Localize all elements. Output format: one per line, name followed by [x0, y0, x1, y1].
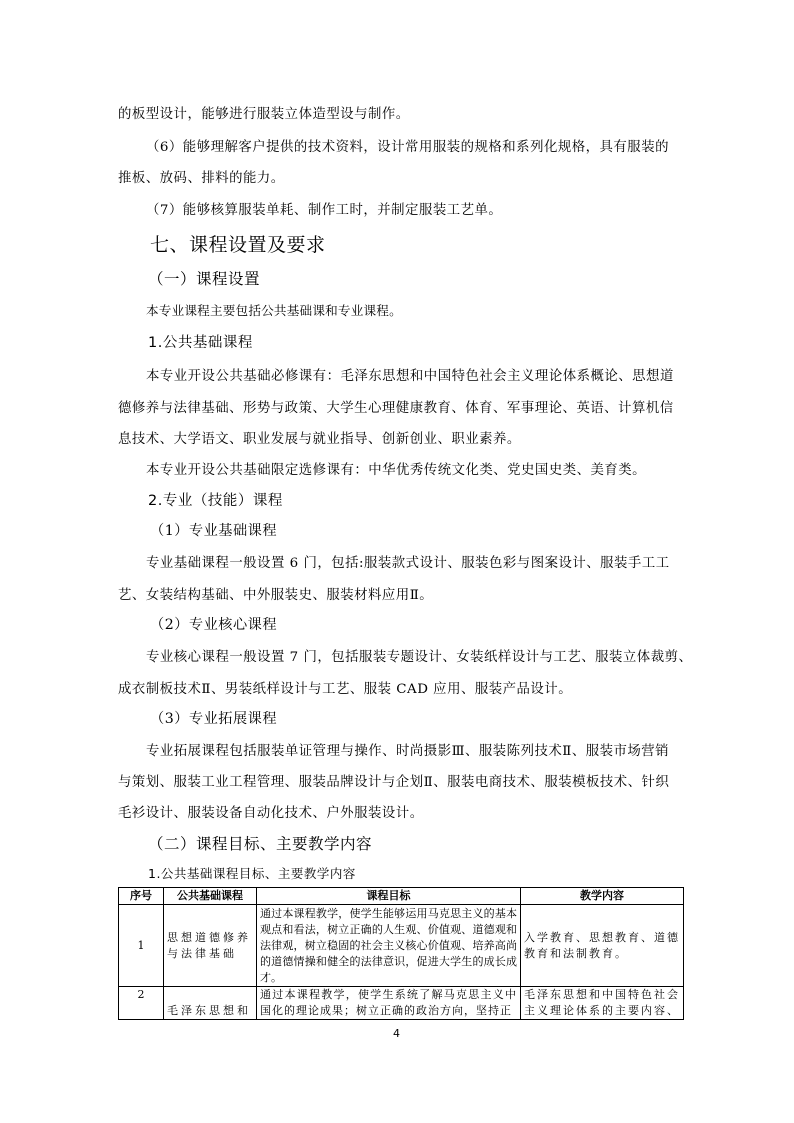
table-header-row: 序号 公共基础课程 课程目标 教学内容 — [119, 888, 684, 905]
paragraph-course-intro: 本专业课程主要包括公共基础课和专业课程。 — [146, 300, 402, 319]
table-title: 1.公共基础课程目标、主要教学内容 — [148, 864, 356, 882]
paragraph-item-7: （7）能够核算服装单耗、制作工时，并制定服装工艺单。 — [146, 199, 502, 218]
header-goal: 课程目标 — [257, 888, 521, 905]
paragraph-item-6-line1: （6）能够理解客户提供的技术资料，设计常用服装的规格和系列化规格，具有服装的 — [146, 136, 669, 155]
paragraph-extension-line1: 专业拓展课程包括服装单证管理与操作、时尚摄影Ⅲ、服装陈列技术Ⅱ、服装市场营销 — [146, 740, 669, 759]
cell-content: 毛泽东思想和中国特色社会主义理论体系的主要内容、 — [521, 987, 684, 1020]
paragraph-required-line2: 德修养与法律基础、形势与政策、大学生心理健康教育、体育、军事理论、英语、计算机信 — [118, 397, 674, 416]
paragraph-extension-line2: 与策划、服装工业工程管理、服装品牌设计与企划Ⅱ、服装电商技术、服装模板技术、针织 — [118, 771, 669, 790]
subsection-heading-course-setup: （一）课程设置 — [148, 267, 260, 289]
header-content: 教学内容 — [521, 888, 684, 905]
cell-course: 思想道德修养与法律基础 — [164, 905, 257, 987]
heading-core-courses: （2）专业核心课程 — [150, 614, 277, 634]
course-table: 序号 公共基础课程 课程目标 教学内容 1 思想道德修养与法律基础 通过本课程教… — [118, 887, 684, 1020]
header-course: 公共基础课程 — [164, 888, 257, 905]
paragraph-basic-line2: 艺、女装结构基础、中外服装史、服装材料应用Ⅱ。 — [118, 584, 433, 603]
heading-public-courses: 1.公共基础课程 — [148, 331, 253, 352]
paragraph-required-line3: 息技术、大学语文、职业发展与就业指导、创新创业、职业素养。 — [118, 428, 521, 447]
page-number: 4 — [393, 1027, 400, 1040]
heading-extension-courses: （3）专业拓展课程 — [150, 708, 277, 728]
paragraph-elective: 本专业开设公共基础限定选修课有：中华优秀传统文化类、党史国史类、美育类。 — [146, 459, 646, 478]
heading-professional-courses: 2.专业（技能）课程 — [148, 489, 283, 510]
paragraph-core-line2: 成衣制板技术Ⅱ、男装纸样设计与工艺、服装 CAD 应用、服装产品设计。 — [118, 678, 572, 697]
cell-goal: 通过本课程教学，使学生系统了解马克思主义中国化的理论成果；树立正确的政治方向，坚… — [257, 987, 521, 1020]
table-row: 2 毛泽东思想和 通过本课程教学，使学生系统了解马克思主义中国化的理论成果；树立… — [119, 987, 684, 1020]
paragraph-basic-line1: 专业基础课程一般设置 6 门，包括:服装款式设计、服装色彩与图案设计、服装手工工 — [146, 552, 670, 571]
cell-content: 入学教育、思想教育、道德教育和法制教育。 — [521, 905, 684, 987]
paragraph-core-line1: 专业核心课程一般设置 7 门，包括服装专题设计、女装纸样设计与工艺、服装立体裁剪… — [146, 646, 692, 665]
section-heading-7: 七、课程设置及要求 — [150, 230, 326, 257]
heading-basic-courses: （1）专业基础课程 — [150, 520, 277, 540]
paragraph-required-line1: 本专业开设公共基础必修课有：毛泽东思想和中国特色社会主义理论体系概论、思想道 — [146, 365, 674, 384]
paragraph-item-6-line2: 推板、放码、排料的能力。 — [118, 167, 285, 186]
subsection-heading-goals-content: （二）课程目标、主要教学内容 — [148, 832, 372, 854]
cell-no: 1 — [119, 905, 164, 987]
table-row: 1 思想道德修养与法律基础 通过本课程教学，使学生能够运用马克思主义的基本观点和… — [119, 905, 684, 987]
document-page: 的板型设计，能够进行服装立体造型设与制作。 （6）能够理解客户提供的技术资料，设… — [0, 0, 794, 1123]
cell-no: 2 — [119, 987, 164, 1020]
paragraph-continuation: 的板型设计，能够进行服装立体造型设与制作。 — [118, 103, 410, 122]
header-no: 序号 — [119, 888, 164, 905]
cell-goal: 通过本课程教学，使学生能够运用马克思主义的基本观点和看法，树立正确的人生观、价值… — [257, 905, 521, 987]
cell-course: 毛泽东思想和 — [164, 987, 257, 1020]
paragraph-extension-line3: 毛衫设计、服装设备自动化技术、户外服装设计。 — [118, 802, 424, 821]
